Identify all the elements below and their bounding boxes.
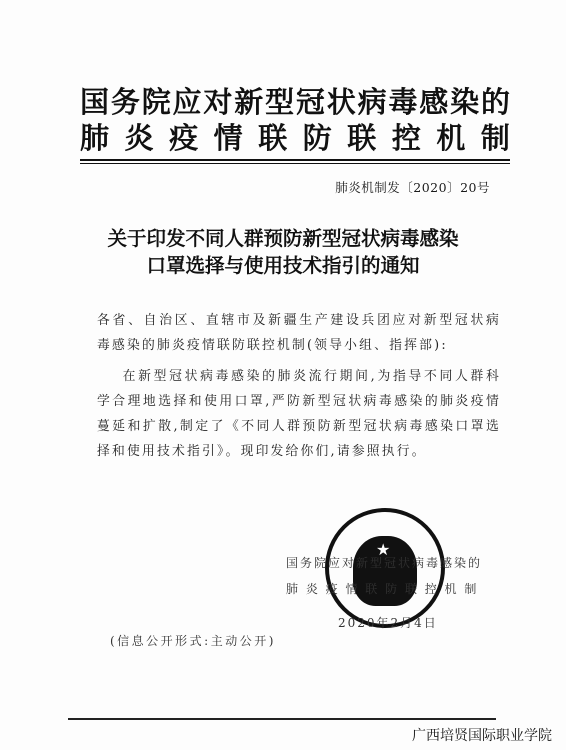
signature-date: 2020年2月4日 [338,614,438,631]
letterhead-char: 的 [481,84,510,120]
letterhead-char: 制 [481,120,510,156]
addressee: 各省、自治区、直辖市及新疆生产建设兵团应对新型冠状病毒感染的肺炎疫情联防联控机制… [97,308,501,358]
signature-org-line-1: 国务院应对新型冠状病毒感染的 [286,554,482,571]
letterhead-char: 感 [419,84,448,120]
notice-title-line-1: 关于印发不同人群预防新型冠状病毒感染 [0,225,566,252]
letterhead-rule-thin [80,163,510,164]
letterhead-char: 情 [214,120,243,156]
letterhead-char: 肺 [80,120,109,156]
letterhead-char: 冠 [296,84,325,120]
watermark: 广西培贤国际职业学院 [412,725,552,745]
letterhead-rule-thick [80,159,510,161]
document-number: 肺炎机制发〔2020〕20号 [335,178,490,196]
letterhead-char: 务 [111,84,140,120]
letterhead-line-1: 国 务 院 应 对 新 型 冠 状 病 毒 感 染 的 [80,84,510,120]
letterhead-char: 状 [327,84,356,120]
letterhead-char: 院 [142,84,171,120]
letterhead-char: 联 [347,120,376,156]
letterhead-char: 应 [173,84,202,120]
signature-org-line-2: 肺 炎 疫 情 联 防 联 控 机 制 [286,580,478,597]
letterhead-char: 染 [450,84,479,120]
letterhead-char: 控 [392,120,421,156]
letterhead-char: 国 [80,84,109,120]
letterhead-char: 疫 [169,120,198,156]
notice-title-line-2: 口罩选择与使用技术指引的通知 [0,252,566,279]
letterhead-char: 对 [203,84,232,120]
letterhead-char: 新 [234,84,263,120]
letterhead-char: 病 [358,84,387,120]
footer-rule [68,718,496,720]
body-paragraph: 在新型冠状病毒感染的肺炎流行期间,为指导不同人群科学合理地选择和使用口罩,严防新… [97,364,501,464]
letterhead-char: 炎 [125,120,154,156]
letterhead-char: 机 [436,120,465,156]
letterhead-char: 防 [303,120,332,156]
letterhead-char: 毒 [388,84,417,120]
disclosure-note: (信息公开形式:主动公开) [110,632,276,649]
letterhead-line-2: 肺 炎 疫 情 联 防 联 控 机 制 [80,120,510,156]
letterhead-char: 型 [265,84,294,120]
letterhead-char: 联 [258,120,287,156]
